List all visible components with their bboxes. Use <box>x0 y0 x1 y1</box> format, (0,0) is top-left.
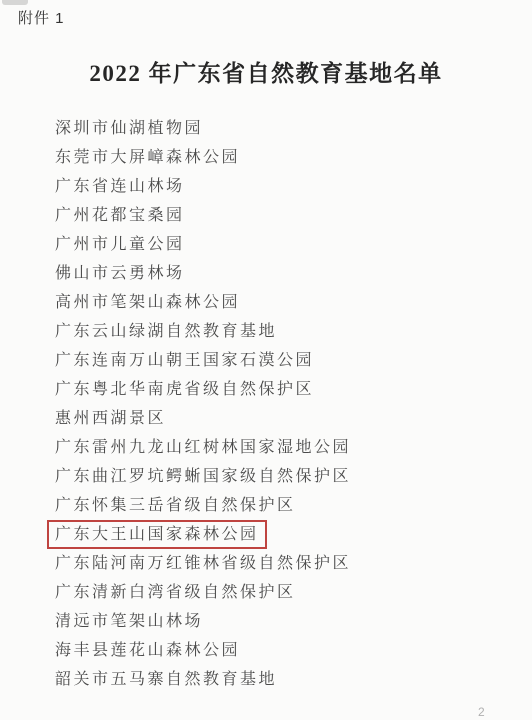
list-item: 广东粤北华南虎省级自然保护区 <box>55 375 516 404</box>
list-item: 广东省连山林场 <box>55 172 516 201</box>
list-item-text: 惠州西湖景区 <box>55 404 166 433</box>
list-item: 广东连南万山朝王国家石漠公园 <box>55 346 516 375</box>
list-item-text: 佛山市云勇林场 <box>55 259 185 288</box>
list-item: 广东云山绿湖自然教育基地 <box>55 317 516 346</box>
list-item: 广东曲江罗坑鳄蜥国家级自然保护区 <box>55 462 516 491</box>
list-item-text: 广东怀集三岳省级自然保护区 <box>55 491 296 520</box>
base-list: 深圳市仙湖植物园 东莞市大屏嶂森林公园 广东省连山林场 广州花都宝桑园 广州市儿… <box>55 114 516 694</box>
list-item: 韶关市五马寨自然教育基地 <box>55 665 516 694</box>
list-item-text: 广东省连山林场 <box>55 172 185 201</box>
page-title: 2022 年广东省自然教育基地名单 <box>0 55 532 88</box>
highlight-box: 广东大王山国家森林公园 <box>47 520 267 549</box>
list-item-text: 广东曲江罗坑鳄蜥国家级自然保护区 <box>55 462 351 491</box>
list-item-text: 广州花都宝桑园 <box>55 201 185 230</box>
list-item-text: 韶关市五马寨自然教育基地 <box>55 665 277 694</box>
list-item: 广州花都宝桑园 <box>55 201 516 230</box>
list-item-text: 东莞市大屏嶂森林公园 <box>55 143 240 172</box>
list-item: 惠州西湖景区 <box>55 404 516 433</box>
list-item: 深圳市仙湖植物园 <box>55 114 516 143</box>
list-item: 佛山市云勇林场 <box>55 259 516 288</box>
list-item-text: 广东连南万山朝王国家石漠公园 <box>55 346 314 375</box>
list-item: 海丰县莲花山森林公园 <box>55 636 516 665</box>
list-item-text: 广东陆河南万红锥林省级自然保护区 <box>55 549 351 578</box>
list-item: 广东清新白湾省级自然保护区 <box>55 578 516 607</box>
list-item: 广东陆河南万红锥林省级自然保护区 <box>55 549 516 578</box>
list-item-text: 广东粤北华南虎省级自然保护区 <box>55 375 314 404</box>
list-item-text: 高州市笔架山森林公园 <box>55 288 240 317</box>
list-item: 高州市笔架山森林公园 <box>55 288 516 317</box>
list-item-text: 广东雷州九龙山红树林国家湿地公园 <box>55 433 351 462</box>
list-item: 广东雷州九龙山红树林国家湿地公园 <box>55 433 516 462</box>
list-item-text: 广州市儿童公园 <box>55 230 185 259</box>
attachment-label: 附件 1 <box>18 7 65 28</box>
list-item-text: 广东清新白湾省级自然保护区 <box>55 578 296 607</box>
list-item-highlighted: 广东大王山国家森林公园 <box>55 520 516 549</box>
list-item-text: 深圳市仙湖植物园 <box>55 114 203 143</box>
list-item: 广州市儿童公园 <box>55 230 516 259</box>
list-item: 广东怀集三岳省级自然保护区 <box>55 491 516 520</box>
list-item: 清远市笔架山林场 <box>55 607 516 636</box>
list-item: 东莞市大屏嶂森林公园 <box>55 143 516 172</box>
scan-artifact-smudge <box>2 0 28 5</box>
document-page: 附件 1 2022 年广东省自然教育基地名单 深圳市仙湖植物园 东莞市大屏嶂森林… <box>0 0 532 720</box>
list-item-text: 广东云山绿湖自然教育基地 <box>55 317 277 346</box>
list-item-text: 海丰县莲花山森林公园 <box>55 636 240 665</box>
page-number: 2 <box>478 705 485 719</box>
list-item-text: 清远市笔架山林场 <box>55 607 203 636</box>
